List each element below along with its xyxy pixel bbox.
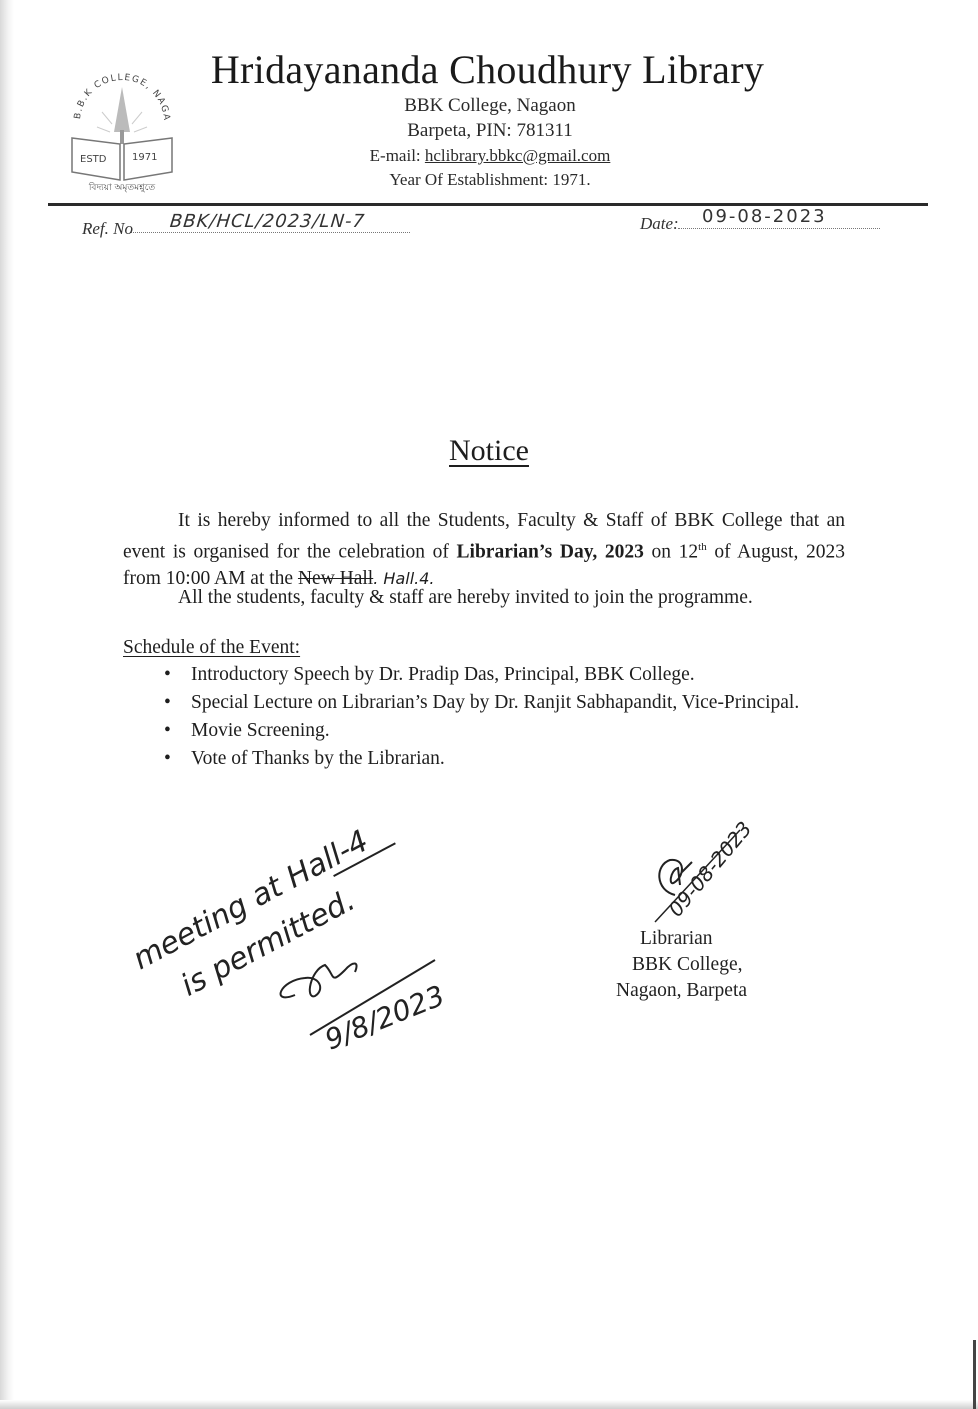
librarian-block: Librarian BBK College, Nagaon, Barpeta (612, 926, 782, 1004)
notice-paragraph-2: All the students, faculty & staff are he… (123, 585, 845, 611)
schedule-item-text: Introductory Speech by Dr. Pradip Das, P… (191, 664, 695, 685)
email-label: E-mail: (370, 146, 425, 165)
logo-arc-text: B.B.K COLLEGE, NAGAON (62, 52, 171, 122)
librarian-designation: Librarian (612, 926, 782, 952)
librarian-place: Nagaon, Barpeta (612, 978, 782, 1004)
schedule-item-text: Special Lecture on Librarian’s Day by Dr… (191, 692, 799, 713)
scan-shadow-left (0, 0, 14, 1409)
para1-text-b: on 12 (644, 542, 698, 563)
scan-shadow-bottom (0, 1400, 978, 1409)
ordinal-suffix: th (698, 541, 707, 553)
ref-label: Ref. No (82, 219, 133, 239)
schedule-heading: Schedule of the Event: (123, 637, 300, 659)
schedule-item: •Movie Screening. (123, 718, 845, 744)
library-name: Hridayananda Choudhury Library (200, 46, 775, 93)
notice-title-text: Notice (449, 434, 529, 467)
ref-number: BBK/HCL/2023/LN-7 (169, 211, 366, 232)
date-label: Date: (640, 214, 679, 234)
logo-motto: বিদ্যয়া অমৃতমশ্নুতে (62, 180, 182, 195)
bullet-icon: • (164, 690, 171, 716)
librarian-college: BBK College, (612, 952, 782, 978)
event-name: Librarian’s Day, 2023 (457, 542, 644, 563)
logo-estd-label: ESTD (80, 154, 107, 165)
notice-paragraph-1: It is hereby informed to all the Student… (123, 508, 845, 592)
bullet-icon: • (164, 662, 171, 688)
address: Barpeta, PIN: 781311 (280, 120, 700, 142)
approver-signature-icon (281, 964, 357, 998)
schedule-item-text: Movie Screening. (191, 720, 330, 741)
establishment-year: Year Of Establishment: 1971. (280, 170, 700, 190)
schedule-item: •Introductory Speech by Dr. Pradip Das, … (123, 662, 845, 688)
date-value: 09-08-2023 (702, 206, 827, 227)
college-name: BBK College, Nagaon (280, 95, 700, 117)
email-line: E-mail: hclibrary.bbkc@gmail.com (280, 146, 700, 166)
schedule-item: •Special Lecture on Librarian’s Day by D… (123, 690, 845, 716)
schedule-item-text: Vote of Thanks by the Librarian. (191, 748, 445, 769)
email-link[interactable]: hclibrary.bbkc@gmail.com (425, 146, 610, 165)
svg-text:B.B.K COLLEGE, NAGAON: B.B.K COLLEGE, NAGAON (62, 52, 171, 122)
handwritten-approval: meeting at Hall-4 is permitted. 9/8/2023 (120, 800, 500, 1070)
logo-estd-year: 1971 (132, 152, 157, 163)
schedule-item: •Vote of Thanks by the Librarian. (123, 746, 845, 772)
bullet-icon: • (164, 718, 171, 744)
bullet-icon: • (164, 746, 171, 772)
scan-mark-right (973, 1340, 976, 1409)
librarian-signature: 09-08-2023 (600, 800, 800, 930)
schedule-list: •Introductory Speech by Dr. Pradip Das, … (123, 662, 845, 774)
notice-title: Notice (0, 434, 978, 468)
